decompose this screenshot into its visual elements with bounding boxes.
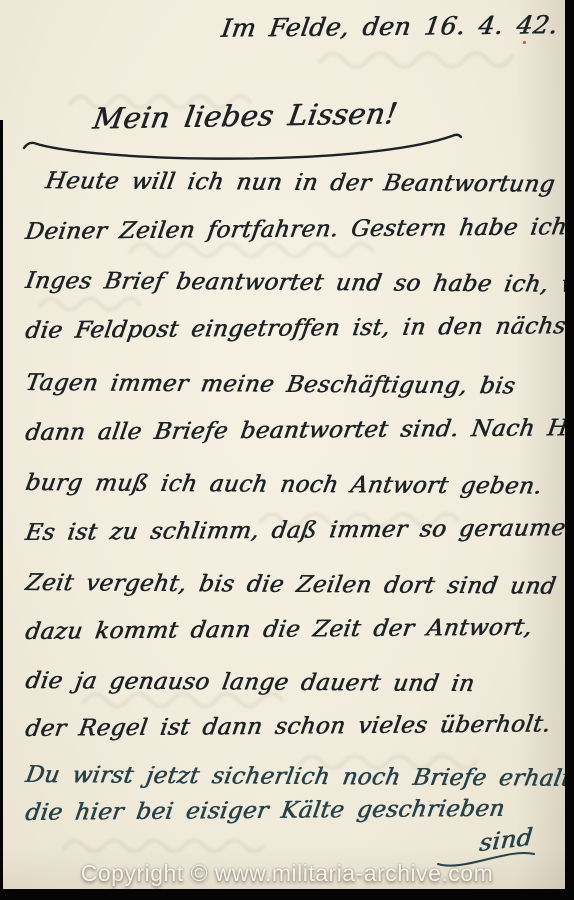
underline-flourish-icon bbox=[20, 126, 464, 168]
letter-line: der Regel ist dann schon vieles überholt… bbox=[20, 711, 564, 764]
scan-edge-bottom bbox=[0, 889, 574, 900]
letter-line: burg muß ich auch noch Antwort geben. bbox=[20, 470, 563, 522]
letter-line: Inges Brief beantwortet und so habe ich,… bbox=[20, 268, 563, 320]
letter-scan-page: Im Felde, den 16. 4. 42. Mein liebes Lis… bbox=[0, 0, 574, 900]
letter-line: Es ist zu schlimm, daß immer so geraume bbox=[20, 515, 564, 568]
letter-line: dazu kommt dann die Zeit der Antwort, bbox=[20, 614, 564, 667]
letter-line: Zeit vergeht, bis die Zeilen dort sind u… bbox=[20, 570, 563, 622]
letter-line: die Feldpost eingetroffen ist, in den nä… bbox=[20, 313, 564, 366]
letter-line: Heute will ich nun in der Beantwortung bbox=[20, 168, 563, 220]
scan-edge-left bbox=[0, 120, 3, 900]
dateline: Im Felde, den 16. 4. 42. bbox=[220, 10, 561, 43]
letter-line: Tagen immer meine Beschäftigung, bis bbox=[20, 370, 563, 422]
letter-line: dann alle Briefe beantwortet sind. Nach … bbox=[20, 415, 564, 468]
ink-speck bbox=[523, 41, 526, 44]
watermark: Copyright © www.militaria-archive.com bbox=[0, 860, 574, 887]
scan-edge-right bbox=[565, 0, 574, 900]
letter-line: Deiner Zeilen fortfahren. Gestern habe i… bbox=[20, 214, 564, 267]
